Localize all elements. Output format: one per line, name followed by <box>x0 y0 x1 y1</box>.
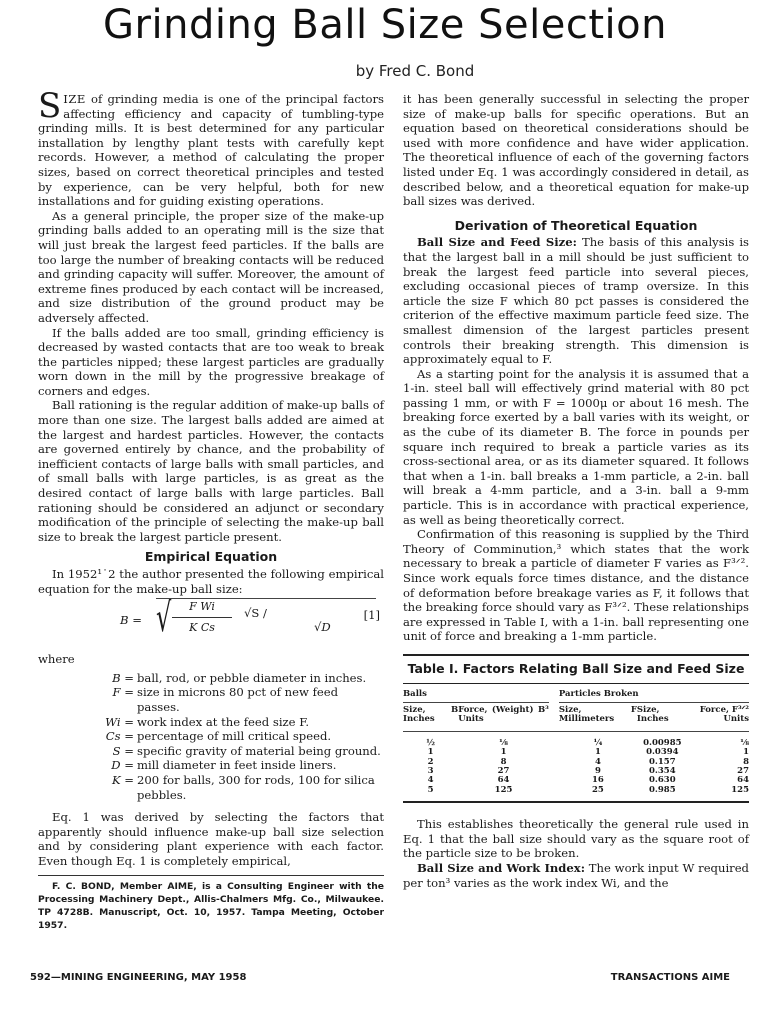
table-title: Table I. Factors Relating Ball Size and … <box>403 662 749 677</box>
paragraph: Ball rationing is the regular addition o… <box>38 398 384 544</box>
paragraph: Confirmation of this reasoning is suppli… <box>403 527 749 644</box>
column-header: Force, F³ᐟ² Units <box>688 702 749 731</box>
paragraph: As a starting point for the analysis it … <box>403 367 749 528</box>
group-header-balls: Balls <box>403 690 549 703</box>
section-heading-derivation: Derivation of Theoretical Equation <box>403 219 749 234</box>
equation-s-term: √S / <box>244 606 267 621</box>
intro-paragraph: SIZE of grinding media is one of the pri… <box>38 92 384 209</box>
column-header: Force, (Weight) B³ Units <box>458 702 549 731</box>
definitions-list: B =ball, rod, or pebble diameter in inch… <box>38 671 384 802</box>
column-header: Size, Inches <box>637 702 688 731</box>
paragraph: This establishes theoretically the gener… <box>403 817 749 861</box>
paragraph: As a general principle, the proper size … <box>38 209 384 326</box>
page-footer-right: TRANSACTIONS AIME <box>611 972 730 983</box>
article-title: Grinding Ball Size Selection <box>0 2 770 48</box>
where-label: where <box>38 652 384 667</box>
table-row: 2840.1578 <box>403 758 749 767</box>
paragraph: If the balls added are too small, grindi… <box>38 326 384 399</box>
equation-d-term: √D <box>314 620 331 635</box>
paragraph: Ball Size and Feed Size: The basis of th… <box>403 235 749 366</box>
equation-lhs: B = <box>120 613 142 628</box>
table-row: 32790.35427 <box>403 767 749 776</box>
paragraph: In 1952¹˙2 the author presented the foll… <box>38 567 384 596</box>
data-table: Balls Particles Broken Size, B Inches Fo… <box>403 690 749 804</box>
definition-item: Cs =percentage of mill critical speed. <box>38 729 384 744</box>
right-column: it has been generally successful in sele… <box>403 92 749 890</box>
author-byline: by Fred C. Bond <box>0 62 770 80</box>
table-1: Table I. Factors Relating Ball Size and … <box>403 662 749 803</box>
table-row: ½⅛¼0.00985⅛ <box>403 731 749 748</box>
definition-item: D =mill diameter in feet inside liners. <box>38 758 384 773</box>
author-footnote: F. C. BOND, Member AIME, is a Consulting… <box>38 875 384 932</box>
divider <box>403 654 749 656</box>
definition-item: B =ball, rod, or pebble diameter in inch… <box>38 671 384 686</box>
group-header-particles: Particles Broken <box>559 690 749 703</box>
equation-fraction: F Wi K Cs <box>172 600 232 635</box>
page-footer-left: 592—MINING ENGINEERING, MAY 1958 <box>30 972 246 983</box>
table-row: 5125250.985125 <box>403 786 749 802</box>
drop-cap: S <box>38 93 61 119</box>
equation-number: [1] <box>364 608 380 623</box>
table-row: 1110.03941 <box>403 748 749 757</box>
paragraph: it has been generally successful in sele… <box>403 92 749 209</box>
column-header: Size, B Inches <box>403 702 458 731</box>
table-row: 464160.63064 <box>403 776 749 785</box>
column-header: Size, F Millimeters <box>559 702 637 731</box>
paragraph: Ball Size and Work Index: The work input… <box>403 861 749 890</box>
left-column: SIZE of grinding media is one of the pri… <box>38 92 384 932</box>
equation-1: B = √ F Wi K Cs √S / √D [1] <box>38 598 384 646</box>
paragraph: Eq. 1 was derived by selecting the facto… <box>38 810 384 868</box>
section-heading-empirical: Empirical Equation <box>38 550 384 565</box>
definition-item: K =200 for balls, 300 for rods, 100 for … <box>38 773 384 802</box>
definition-item: S =specific gravity of material being gr… <box>38 744 384 759</box>
definition-item: Wi =work index at the feed size F. <box>38 715 384 730</box>
divider <box>403 683 749 684</box>
definition-item: F =size in microns 80 pct of new feed pa… <box>38 685 384 714</box>
